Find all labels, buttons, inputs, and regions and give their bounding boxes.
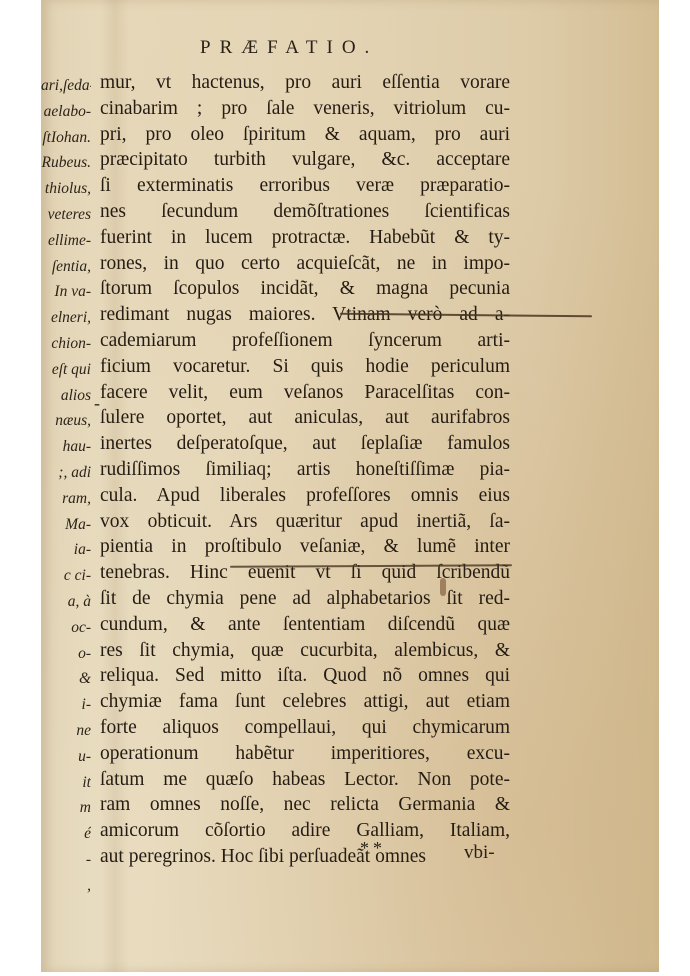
margin-fragment: oc-: [41, 615, 91, 641]
text-line: vox obticuit. Ars quæritur apud inertiã,…: [100, 509, 510, 535]
text-line: cinabarim ; pro ſale veneris, vitriolum …: [100, 96, 510, 122]
text-line: res ſit chymia, quæ cucurbita, alembicus…: [100, 638, 510, 664]
text-line: ſulere oportet, aut aniculas, aut aurifa…: [100, 405, 510, 431]
text-line: ram omnes noſſe, nec relicta Germania &: [100, 792, 510, 818]
text-line: forte aliquos compellaui, qui chymicarum: [100, 715, 510, 741]
margin-fragment: eſt qui: [41, 357, 91, 383]
text-line: operationum habẽtur imperitiores, excu-: [100, 741, 510, 767]
text-line: cundum, & ante ſententiam diſcendũ quæ: [100, 612, 510, 638]
margin-fragment: c ci-: [41, 563, 91, 589]
margin-fragment: næus,: [41, 408, 91, 434]
margin-fragment: i-: [41, 692, 91, 718]
margin-fragment: o-: [41, 641, 91, 667]
ink-stain: [440, 578, 446, 596]
margin-fragment: chion-: [41, 331, 91, 357]
text-line: reliqua. Sed mitto iſta. Quod nõ omnes q…: [100, 663, 510, 689]
margin-fragment: ari,ſeda-: [41, 73, 91, 99]
margin-fragment: ellime-: [41, 228, 91, 254]
facing-page-margin-text: ari,ſeda-aelabo-ſtIohan.Rubeus.thiolus,v…: [41, 73, 91, 899]
text-line: ſi exterminatis erroribus veræ præparati…: [100, 173, 510, 199]
margin-fragment: thiolus,: [41, 176, 91, 202]
margin-fragment: it: [41, 770, 91, 796]
margin-fragment: ſtIohan.: [41, 125, 91, 151]
margin-fragment: Rubeus.: [41, 150, 91, 176]
running-head: PRÆFATIO.: [200, 37, 378, 59]
text-line: ſit de chymia pene ad alphabetarios ſit …: [100, 586, 510, 612]
text-line: pientia in proſtibulo veſaniæ, & lumẽ in…: [100, 534, 510, 560]
text-line: præcipitato turbith vulgare, &c. accepta…: [100, 147, 510, 173]
text-line: cula. Apud liberales profeſſores omnis e…: [100, 483, 510, 509]
margin-fragment: ,: [41, 873, 91, 899]
text-line: mur, vt hactenus, pro auri eſſentia vora…: [100, 70, 510, 96]
margin-fragment: ;, adi: [41, 460, 91, 486]
text-line: facere velit, eum veſanos Paracelſitas c…: [100, 380, 510, 406]
margin-fragment: elneri,: [41, 305, 91, 331]
text-line: amicorum cõſortio adire Galliam, Italiam…: [100, 818, 510, 844]
margin-fragment: m: [41, 795, 91, 821]
margin-fragment: ia-: [41, 537, 91, 563]
signature-mark: **: [360, 838, 386, 859]
text-line: ſtorum ſcopulos incidãt, & magna pecunia: [100, 276, 510, 302]
margin-fragment: veteres: [41, 202, 91, 228]
margin-fragment: a, à: [41, 589, 91, 615]
margin-fragment: In va-: [41, 279, 91, 305]
text-line: aut peregrinos. Hoc ſibi perſuadeãt omne…: [100, 844, 510, 870]
text-line: chymiæ fama ſunt celebres attigi, aut et…: [100, 689, 510, 715]
text-line: fuerint in lucem protractæ. Habebũt & ty…: [100, 225, 510, 251]
margin-fragment: é: [41, 821, 91, 847]
body-text: mur, vt hactenus, pro auri eſſentia vora…: [100, 70, 510, 870]
margin-fragment: Ma-: [41, 512, 91, 538]
text-line: ſatum me quæſo habeas Lector. Non pote-: [100, 767, 510, 793]
margin-fragment: hau-: [41, 434, 91, 460]
margin-fragment: ram,: [41, 486, 91, 512]
catchword: vbi-: [464, 842, 495, 864]
margin-fragment: &: [41, 666, 91, 692]
margin-fragment: ne: [41, 718, 91, 744]
margin-fragment: aelabo-: [41, 99, 91, 125]
text-line: cademiarum profeſſionem ſyncerum arti-: [100, 328, 510, 354]
text-line: pri, pro oleo ſpiritum & aquam, pro auri: [100, 122, 510, 148]
text-line: rones, in quo certo acquieſcãt, ne in im…: [100, 251, 510, 277]
text-line: nes ſecundum demõſtrationes ſcientificas: [100, 199, 510, 225]
margin-fragment: alios: [41, 383, 91, 409]
margin-fragment: u-: [41, 744, 91, 770]
text-line: inertes deſperatoſque, aut ſeplaſiæ famu…: [100, 431, 510, 457]
margin-fragment: ſentia,: [41, 254, 91, 280]
text-line: rudiſſimos ſimiliaq; artis honeſtiſſimæ …: [100, 457, 510, 483]
text-line: ficium vocaretur. Si quis hodie periculu…: [100, 354, 510, 380]
margin-fragment: -: [41, 847, 91, 873]
